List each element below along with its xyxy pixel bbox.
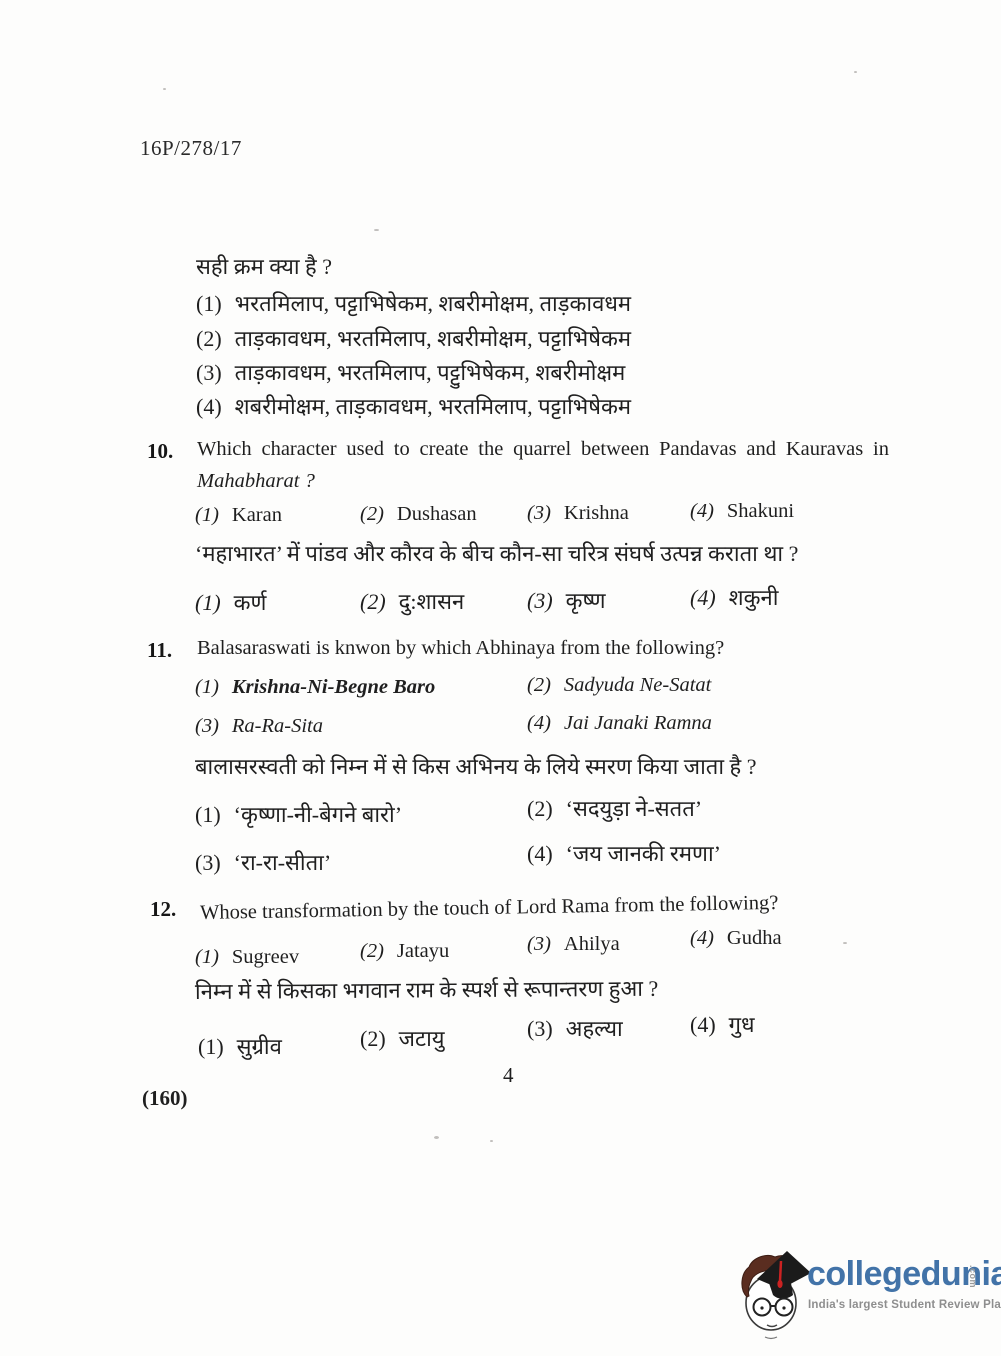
scan-speck <box>434 1136 439 1139</box>
q9-option-1-text: भरतमिलाप, पट्टाभिषेकम, शबरीमोक्षम, ताड़क… <box>235 291 631 316</box>
q12-option-en-2-text: Jatayu <box>397 940 449 962</box>
q11-option-en-1: (1)Krishna-Ni-Begne Baro <box>195 676 435 699</box>
q9-option-3: (3)ताड़कावधम, भरतमिलाप, पट्टुभिषेकम, शबर… <box>196 357 625 387</box>
q9-option-4-text: शबरीमोक्षम, ताड़कावधम, भरतमिलाप, पट्टाभि… <box>235 394 631 419</box>
q11-option-en-1-text: Krishna-Ni-Begne Baro <box>232 676 435 698</box>
q12-question-hi: निम्न में से किसका भगवान राम के स्पर्श स… <box>195 973 658 1006</box>
q11-option-en-3: (3)Ra-Ra-Sita <box>195 715 323 738</box>
q10-option-en-1-text: Karan <box>232 504 282 526</box>
q12-option-hi-4-number: (4) <box>690 1012 716 1038</box>
q11-option-hi-2-text: ‘सदयुड़ा ने-सतत’ <box>566 796 702 821</box>
q9-option-4: (4)शबरीमोक्षम, ताड़कावधम, भरतमिलाप, पट्ट… <box>196 391 631 421</box>
scanned-question-paper-page: 16P/278/17 सही क्रम क्या है ? (1)भरतमिला… <box>0 0 1001 1356</box>
q9-option-2: (2)ताड़कावधम, भरतमिलाप, शबरीमोक्षम, पट्ट… <box>196 323 631 353</box>
q9-option-2-number: (2) <box>196 326 222 352</box>
q11-option-hi-4-text: ‘जय जानकी रमणा’ <box>566 841 721 866</box>
q9-prompt: सही क्रम क्या है ? <box>196 251 332 281</box>
scan-speck <box>374 229 379 231</box>
q12-option-en-2: (2)Jatayu <box>360 940 449 963</box>
paper-code: 16P/278/17 <box>140 136 242 161</box>
q12-option-en-3-number: (3) <box>527 933 551 956</box>
page-number: 4 <box>503 1063 514 1088</box>
q12-option-en-3-text: Ahilya <box>564 933 620 955</box>
q12-option-en-4: (4)Gudha <box>690 927 782 950</box>
q10-option-hi-2-text: दु:शासन <box>399 589 465 614</box>
q11-option-hi-4-number: (4) <box>527 841 553 867</box>
q10-option-hi-3: (3)कृष्ण <box>527 585 606 615</box>
q10-option-hi-3-number: (3) <box>527 588 553 614</box>
q10-option-en-2-text: Dushasan <box>397 503 477 525</box>
scan-speck <box>854 71 857 73</box>
q10-option-en-3-text: Krishna <box>564 502 629 524</box>
q10-question-en-line2: Mahabharat ? <box>197 470 315 493</box>
q12-option-hi-3-number: (3) <box>527 1016 553 1042</box>
q11-option-en-4-text: Jai Janaki Ramna <box>564 712 712 734</box>
q10-option-en-3-number: (3) <box>527 502 551 525</box>
q10-option-en-1-number: (1) <box>195 504 219 527</box>
q11-option-hi-4: (4)‘जय जानकी रमणा’ <box>527 838 721 868</box>
q12-option-hi-3-text: अहल्या <box>566 1016 623 1041</box>
q11-option-en-3-number: (3) <box>195 715 219 738</box>
q12-option-en-1: (1)Sugreev <box>195 946 299 969</box>
q12-option-hi-1-text: सुग्रीव <box>237 1034 282 1059</box>
q10-option-hi-4-number: (4) <box>690 585 716 611</box>
q11-option-hi-2-number: (2) <box>527 796 553 822</box>
q11-option-hi-3-text: ‘रा-रा-सीता’ <box>234 850 332 875</box>
q10-option-en-2: (2)Dushasan <box>360 503 477 526</box>
q11-option-hi-1: (1)‘कृष्णा-नी-बेगने बारो’ <box>195 799 402 829</box>
q12-option-en-2-number: (2) <box>360 940 384 963</box>
q9-option-1: (1)भरतमिलाप, पट्टाभिषेकम, शबरीमोक्षम, ता… <box>196 288 631 318</box>
q10-option-hi-1-number: (1) <box>195 590 221 616</box>
collegedunia-mascot-icon <box>735 1245 813 1340</box>
scan-speck <box>843 942 847 944</box>
scan-speck <box>163 88 166 90</box>
q11-option-en-4: (4)Jai Janaki Ramna <box>527 712 712 735</box>
q11-option-hi-1-text: ‘कृष्णा-नी-बेगने बारो’ <box>234 802 402 827</box>
q10-option-hi-1: (1)कर्ण <box>195 587 266 617</box>
q11-option-en-3-text: Ra-Ra-Sita <box>232 715 323 737</box>
q11-number: 11. <box>147 638 172 663</box>
series-code: (160) <box>142 1086 188 1111</box>
q10-option-hi-3-text: कृष्ण <box>566 588 606 613</box>
q12-option-en-4-number: (4) <box>690 927 714 950</box>
q10-option-hi-2-number: (2) <box>360 589 386 615</box>
q10-option-en-2-number: (2) <box>360 503 384 526</box>
collegedunia-logo: collegedunia .com India's largest Studen… <box>735 1243 995 1338</box>
q10-option-hi-2: (2)दु:शासन <box>360 586 464 616</box>
q10-option-en-4-text: Shakuni <box>727 500 794 522</box>
q12-option-hi-2-number: (2) <box>360 1026 386 1052</box>
q9-option-4-number: (4) <box>196 394 222 420</box>
q11-option-hi-3-number: (3) <box>195 850 221 876</box>
scan-speck <box>490 1140 493 1142</box>
q12-option-hi-4: (4)गुध <box>690 1009 755 1039</box>
q12-option-en-3: (3)Ahilya <box>527 933 620 956</box>
q12-option-hi-4-text: गुध <box>729 1012 755 1037</box>
q9-option-1-number: (1) <box>196 291 222 317</box>
q11-question-hi: बालासरस्वती को निम्न में से किस अभिनय के… <box>195 751 756 781</box>
q12-option-hi-1-number: (1) <box>198 1034 224 1060</box>
q12-option-hi-1: (1)सुग्रीव <box>198 1031 282 1061</box>
q10-question-hi: ‘महाभारत’ में पांडव और कौरव के बीच कौन-स… <box>195 538 798 568</box>
q10-question-en-line1: Which character used to create the quarr… <box>197 438 889 461</box>
q11-option-en-1-number: (1) <box>195 676 219 699</box>
q11-option-en-4-number: (4) <box>527 712 551 735</box>
q11-option-hi-2: (2)‘सदयुड़ा ने-सतत’ <box>527 793 702 823</box>
q11-option-en-2-text: Sadyuda Ne-Satat <box>564 674 711 696</box>
q12-option-hi-2-text: जटायु <box>399 1026 445 1051</box>
q9-option-2-text: ताड़कावधम, भरतमिलाप, शबरीमोक्षम, पट्टाभि… <box>235 326 631 351</box>
q10-number: 10. <box>147 439 173 464</box>
q11-option-hi-1-number: (1) <box>195 802 221 828</box>
q12-option-en-1-text: Sugreev <box>232 946 299 968</box>
q12-question-en: Whose transformation by the touch of Lor… <box>200 892 779 925</box>
q10-option-en-4: (4)Shakuni <box>690 500 794 523</box>
q12-option-en-4-text: Gudha <box>727 927 782 949</box>
q11-option-hi-3: (3)‘रा-रा-सीता’ <box>195 847 331 877</box>
collegedunia-tagline: India's largest Student Review Platform <box>808 1299 1001 1311</box>
q9-option-3-number: (3) <box>196 360 222 386</box>
q11-question-en: Balasaraswati is knwon by which Abhinaya… <box>197 637 724 660</box>
q9-option-3-text: ताड़कावधम, भरतमिलाप, पट्टुभिषेकम, शबरीमो… <box>235 360 626 385</box>
q10-option-en-3: (3)Krishna <box>527 502 629 525</box>
q10-option-en-4-number: (4) <box>690 500 714 523</box>
q11-option-en-2-number: (2) <box>527 674 551 697</box>
collegedunia-domain-text: .com <box>968 1265 978 1288</box>
q10-option-en-1: (1)Karan <box>195 504 282 527</box>
q11-option-en-2: (2)Sadyuda Ne-Satat <box>527 674 711 697</box>
q12-number: 12. <box>150 897 176 922</box>
q10-option-hi-4: (4)शकुनी <box>690 582 778 612</box>
q12-option-hi-3: (3)अहल्या <box>527 1013 623 1043</box>
q10-option-hi-1-text: कर्ण <box>234 590 267 615</box>
q10-option-hi-4-text: शकुनी <box>729 585 779 610</box>
q12-option-hi-2: (2)जटायु <box>360 1023 445 1053</box>
q12-option-en-1-number: (1) <box>195 946 219 969</box>
